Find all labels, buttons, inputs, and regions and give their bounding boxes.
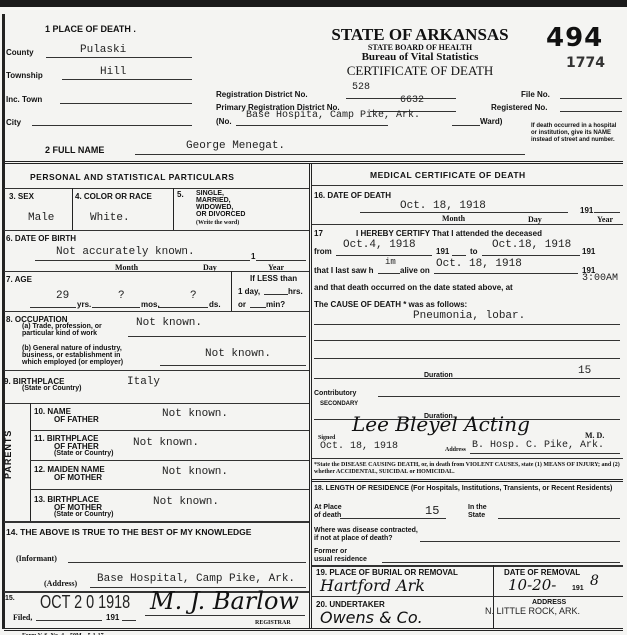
death-certificate: 1 PLACE OF DEATH . County Pulaski Townsh… <box>0 0 627 635</box>
medical-heading: MEDICAL CERTIFICATE OF DEATH <box>370 171 526 180</box>
occ-a-label-2: particular kind of work <box>22 330 97 338</box>
mos-label: mos. <box>141 300 160 309</box>
one-day-label: 1 day, <box>238 287 260 296</box>
personal-heading: PERSONAL AND STATISTICAL PARTICULARS <box>30 173 234 182</box>
at-place-label-1: At Place <box>314 504 342 512</box>
informant-heading: 14. THE ABOVE IS TRUE TO THE BEST OF MY … <box>6 528 251 537</box>
ds-label: ds. <box>209 300 221 309</box>
cause-footnote: *State the DISEASE CAUSING DEATH, or, in… <box>314 462 620 476</box>
mother-bp-value: Not known. <box>153 496 219 508</box>
removal-year-hand: 8 <box>590 573 599 589</box>
full-name-value: George Menegat. <box>186 140 285 152</box>
registered-no-label: Registered No. <box>491 103 547 112</box>
dod-day-label: Day <box>528 215 542 224</box>
last-saw-pronoun: im <box>385 257 396 267</box>
from-label: from <box>314 247 332 256</box>
dob-value: Not accurately known. <box>56 246 195 258</box>
physician-address: B. Hosp. C. Pike, Ark. <box>472 440 604 451</box>
township-label: Township <box>6 71 43 80</box>
death-occurred-label: and that death occurred on the date stat… <box>314 283 513 292</box>
hospital-note: If death occurred in a hospital or insti… <box>531 123 623 144</box>
occupation-a-value: Not known. <box>136 317 202 329</box>
to-label: to <box>470 247 478 256</box>
parents-label: PARENTS <box>4 430 13 479</box>
age-days: ? <box>190 290 197 302</box>
marital-num: 5. <box>177 190 184 199</box>
father-name-label-2: OF FATHER <box>54 415 99 424</box>
county-label: County <box>6 48 34 57</box>
physician-address-label: Address <box>445 447 466 454</box>
filed-num: 15. <box>5 595 15 603</box>
place-of-death-heading: 1 PLACE OF DEATH . <box>45 25 136 34</box>
father-bp-value: Not known. <box>133 437 199 449</box>
certify-num: 17 <box>314 229 323 238</box>
yrs-label: yrs. <box>77 300 91 309</box>
dob-label: 6. DATE OF BIRTH <box>6 234 76 243</box>
state-title: STATE OF ARKANSAS <box>325 25 515 45</box>
filed-label: Filed, <box>13 613 32 622</box>
last-saw-date: Oct. 18, 1918 <box>436 258 522 270</box>
certify-text: I HEREBY CERTIFY That I attended the dec… <box>356 229 542 238</box>
in-state-label-1: In the <box>468 504 487 512</box>
reg-district-label: Registration District No. <box>216 90 308 99</box>
less-than-label: If LESS than <box>250 274 297 283</box>
city-label: City <box>6 118 21 127</box>
signed-date: Oct. 18, 1918 <box>320 441 398 452</box>
in-state-label-2: State <box>468 512 485 520</box>
hrs-label: hrs. <box>288 287 303 296</box>
race-label: 4. COLOR OR RACE <box>75 192 152 201</box>
informant-address-value: Base Hospital, Camp Pike, Ark. <box>97 573 295 585</box>
dob-year-prefix: 1 <box>251 252 255 261</box>
undertaker-address: N. LITTLE ROCK, ARK. <box>485 606 580 616</box>
or-label: or <box>238 300 246 309</box>
marital-label-4: OR DIVORCED <box>196 211 245 219</box>
occ-b-label-3: which employed (or employer) <box>22 359 123 367</box>
to-year-prefix: 191 <box>582 247 595 256</box>
occupation-b-value: Not known. <box>205 348 271 360</box>
hospital-address-value: Base Hospita, Camp Pike, Ark. <box>246 110 420 121</box>
certificate-title: CERTIFICATE OF DEATH <box>325 63 515 79</box>
informant-address-label: (Address) <box>44 579 77 588</box>
full-name-label: 2 FULL NAME <box>45 146 104 155</box>
contracted-label-2: if not at place of death? <box>314 535 393 543</box>
former-residence-label-2: usual residence <box>314 556 367 564</box>
dod-label: 16. DATE OF DEATH <box>314 191 391 200</box>
filed-date-stamp: OCT 2 0 1918 <box>40 592 130 613</box>
mother-name-label-2: OF MOTHER <box>54 473 102 482</box>
last-saw-label: that I last saw h <box>314 266 374 275</box>
from-year-prefix: 191 <box>436 247 449 256</box>
no-label: (No. <box>216 117 232 126</box>
bureau-title: Bureau of Vital Statistics <box>325 51 515 63</box>
father-bp-label-3: (State or Country) <box>54 450 114 458</box>
age-years: 29 <box>56 290 69 302</box>
county-value: Pulaski <box>80 44 126 56</box>
mother-name-value: Not known. <box>162 466 228 478</box>
alive-on-label: alive on <box>400 266 430 275</box>
cause-duration-days: 15 <box>578 365 591 377</box>
inc-town-label: Inc. Town <box>6 95 42 104</box>
birthplace-label-2: (State or Country) <box>22 385 82 393</box>
stamp-sub-number: 1774 <box>566 55 605 71</box>
marital-note: (Write the word) <box>196 220 239 227</box>
ward-label: Ward) <box>480 117 502 126</box>
mother-bp-label-3: (State or Country) <box>54 511 114 519</box>
contracted-label-1: Where was disease contracted, <box>314 527 418 535</box>
cause-label: The CAUSE OF DEATH * was as follows: <box>314 300 467 309</box>
at-place-label-2: of death <box>314 512 341 520</box>
registrar-label: REGISTRAR <box>255 620 291 627</box>
township-value: Hill <box>100 66 126 78</box>
residence-heading: 18. LENGTH OF RESIDENCE (For Hospitals, … <box>314 485 620 493</box>
sex-value: Male <box>28 212 54 224</box>
undertaker-value: Owens & Co. <box>320 608 423 627</box>
primary-reg-value: 6632 <box>400 95 424 106</box>
from-date: Oct.4, 1918 <box>343 239 416 251</box>
sex-label: 3. SEX <box>9 192 34 201</box>
registrar-signature: M. J. Barlow <box>150 587 299 615</box>
min-label: min? <box>266 300 285 309</box>
race-value: White. <box>90 212 130 224</box>
file-no-label: File No. <box>521 90 550 99</box>
filed-year-prefix: 191 <box>106 613 119 622</box>
age-months: ? <box>118 290 125 302</box>
father-name-value: Not known. <box>162 408 228 420</box>
dod-month-label: Month <box>442 214 465 223</box>
death-time: 3:00AM <box>582 273 618 284</box>
stamp-number: 494 <box>546 23 603 53</box>
cause-value: Pneumonia, lobar. <box>413 310 525 322</box>
dod-year-label: Year <box>597 215 613 224</box>
md-label: M. D. <box>585 431 604 440</box>
dod-year-prefix: 191 <box>580 206 593 215</box>
dod-value: Oct. 18, 1918 <box>400 200 486 212</box>
birthplace-value: Italy <box>127 376 160 388</box>
contributory-label: Contributory <box>314 390 356 398</box>
removal-year-prefix: 191 <box>572 585 584 593</box>
secondary-label: SECONDARY <box>320 401 358 408</box>
at-place-days: 15 <box>425 504 439 518</box>
informant-label: (Informant) <box>16 554 57 563</box>
reg-district-value: 528 <box>352 82 370 93</box>
age-label: 7. AGE <box>6 275 32 284</box>
physician-signature: Lee Bleyel Acting <box>352 412 530 436</box>
to-date: Oct.18, 1918 <box>492 239 571 251</box>
burial-place-value: Hartford Ark <box>320 576 425 595</box>
removal-date-value: 10-20- <box>508 576 556 594</box>
former-residence-label-1: Former or <box>314 548 347 556</box>
